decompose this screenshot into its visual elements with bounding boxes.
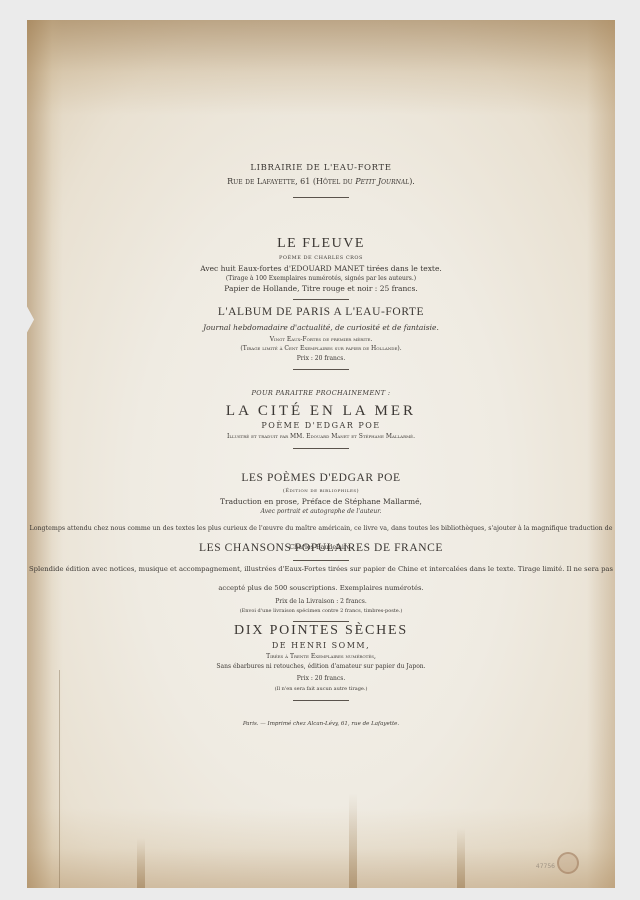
section-subtitle: DE HENRI SOMM, xyxy=(27,641,615,651)
section-la-cite-en-la-mer: POUR PARAITRE PROCHAINEMENT : LA CITÉ EN… xyxy=(27,390,615,449)
section-note: (Il n'en sera fait aucun autre tirage.) xyxy=(27,686,615,692)
section-price: Prix de la Livraison : 2 francs. xyxy=(27,598,615,605)
section-edition: (Édition de bibliophiles) xyxy=(27,488,615,494)
section-kicker: POUR PARAITRE PROCHAINEMENT : xyxy=(27,390,615,398)
section-title: LA CITÉ EN LA MER xyxy=(27,402,615,420)
section-title: L'ALBUM DE PARIS A L'EAU-FORTE xyxy=(27,306,615,320)
imprint-text: Paris. — Imprimé chez Alcan-Lévy, 61, ru… xyxy=(27,721,615,728)
section-le-fleuve: LE FLEUVE POÈME DE CHARLES CROS Avec hui… xyxy=(27,236,615,300)
section-album-de-paris: L'ALBUM DE PARIS A L'EAU-FORTE Journal h… xyxy=(27,306,615,370)
address-italic: Petit Journal xyxy=(355,177,409,186)
collection-stamp-icon xyxy=(557,852,579,874)
section-title: LES POÈMES D'EDGAR POE xyxy=(27,472,615,486)
section-subtitle: Journal hebdomadaire d'actualité, de cur… xyxy=(27,323,615,332)
publisher-name: LIBRAIRIE DE L'EAU-FORTE xyxy=(27,163,615,173)
water-stain-top xyxy=(27,20,615,115)
section-title: LE FLEUVE xyxy=(27,236,615,253)
stain-drip xyxy=(457,828,465,888)
fold-line xyxy=(59,670,60,888)
section-subtitle: POÈME D'EDGAR POE xyxy=(27,421,615,431)
section-line: (Tirage limité à Cent Exemplaires sur pa… xyxy=(27,345,615,352)
section-line: Tirées à Trente Exemplaires numérotés, xyxy=(27,653,615,660)
section-title: LES CHANSONS POPULAIRES DE FRANCE xyxy=(27,542,615,556)
stain-drip xyxy=(137,838,145,888)
section-line: Avec huit Eaux-fortes d'EDOUARD MANET ti… xyxy=(27,264,615,273)
section-line: Vingt Eaux-Fortes de premier mérite. xyxy=(27,336,615,343)
section-subtitle: POÈME DE CHARLES CROS xyxy=(27,255,615,261)
section-line: Traduction en prose, Préface de Stéphane… xyxy=(27,497,615,506)
address-text: Rue de Lafayette, 61 (Hôtel du xyxy=(227,177,355,186)
section-price: Prix : 20 francs. xyxy=(27,355,615,362)
publisher-address: Rue de Lafayette, 61 (Hôtel du Petit Jou… xyxy=(27,177,615,187)
section-note: (Envoi d'une livraison spécimen contre 2… xyxy=(27,608,615,614)
divider xyxy=(293,621,349,622)
publisher-header: LIBRAIRIE DE L'EAU-FORTE Rue de Lafayett… xyxy=(27,163,615,198)
stain-drip xyxy=(349,793,357,888)
water-stain-left xyxy=(27,20,63,888)
water-stain-right xyxy=(587,20,615,888)
section-title: DIX POINTES SÈCHES xyxy=(27,623,615,640)
divider xyxy=(293,299,349,300)
section-line: Avec portrait et autographe de l'auteur. xyxy=(27,508,615,515)
inventory-mark: 47756 xyxy=(536,863,555,870)
section-line: Illustré et traduit par MM. Edouard Mane… xyxy=(27,433,615,440)
imprint: Paris. — Imprimé chez Alcan-Lévy, 61, ru… xyxy=(27,721,615,728)
section-dix-pointes-seches: DIX POINTES SÈCHES DE HENRI SOMM, Tirées… xyxy=(27,623,615,701)
divider xyxy=(293,700,349,701)
section-chansons-populaires: LES CHANSONS POPULAIRES DE FRANCE Splend… xyxy=(27,542,615,622)
divider xyxy=(293,197,349,198)
paper-sheet: 47756 LIBRAIRIE DE L'EAU-FORTE Rue de La… xyxy=(27,20,615,888)
section-line: (Tirage à 100 Exemplaires numérotés, sig… xyxy=(27,275,615,282)
divider xyxy=(293,448,349,449)
section-paragraph: Splendide édition avec notices, musique … xyxy=(29,565,613,592)
section-price: Prix : 20 francs. xyxy=(27,675,615,682)
water-stain-bottom xyxy=(27,808,615,888)
section-line: Sans ébarbures ni retouches, édition d'a… xyxy=(27,663,615,670)
divider xyxy=(293,369,349,370)
section-line: Papier de Hollande, Titre rouge et noir … xyxy=(27,284,615,293)
address-suffix: ). xyxy=(409,177,415,186)
